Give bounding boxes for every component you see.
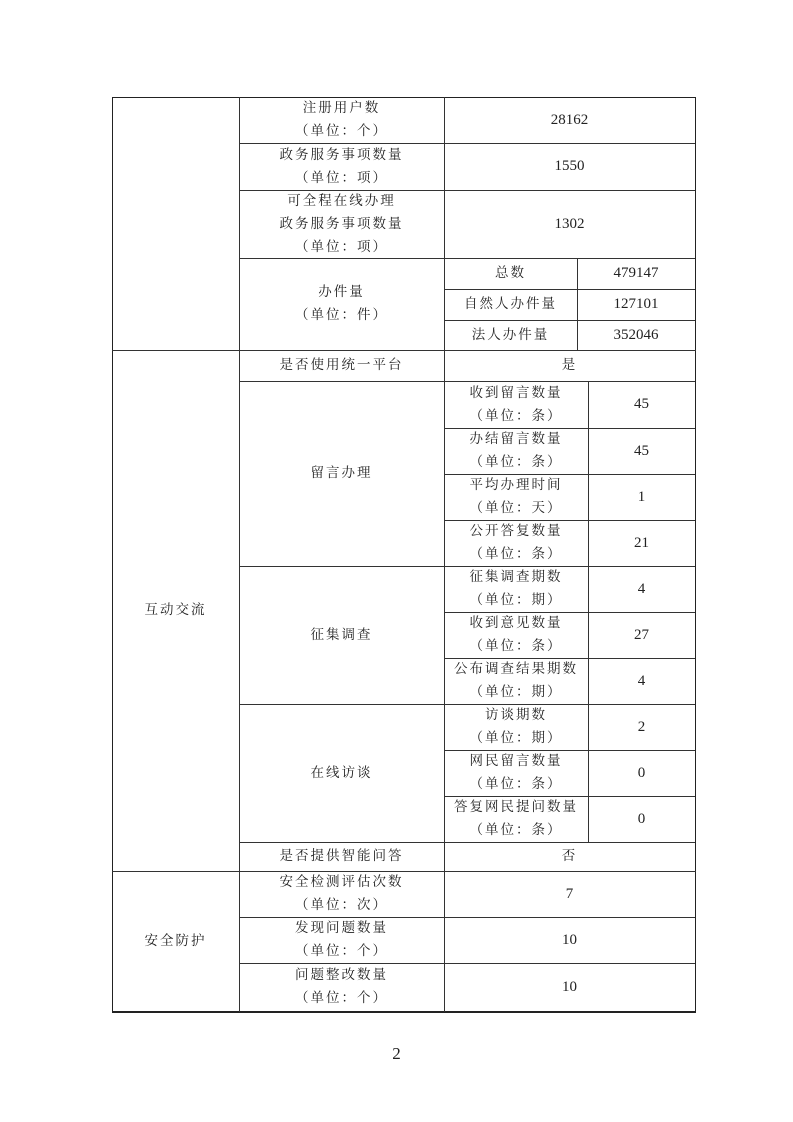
label-line: 政务服务事项数量: [280, 213, 404, 236]
label-line: 网民留言数量: [470, 750, 563, 773]
label-unit: （单位：个）: [295, 940, 388, 963]
value-netizen-questions-answered: 0: [588, 796, 695, 842]
sublabel-public-replies: 公开答复数量 （单位：条）: [444, 520, 588, 566]
label-survey: 征集调查: [239, 566, 444, 704]
label-message-handling: 留言办理: [239, 381, 444, 566]
label-line: 政务服务事项数量: [280, 144, 404, 167]
label-unit: （单位：条）: [470, 819, 563, 842]
value-security-assessments: 7: [444, 871, 695, 917]
category-interaction: 互动交流: [112, 350, 239, 871]
row-divider: [444, 796, 695, 797]
row-divider: [239, 842, 695, 843]
label-unit: （单位：项）: [295, 236, 388, 259]
sublabel-opinions-received: 收到意见数量 （单位：条）: [444, 612, 588, 658]
section-divider: [112, 350, 696, 351]
category-security: 安全防护: [112, 871, 239, 1011]
value-natural-person: 127101: [577, 289, 695, 320]
label-service-items: 政务服务事项数量 （单位：项）: [239, 143, 444, 190]
value-public-replies: 21: [588, 520, 695, 566]
label-line: 办结留言数量: [470, 428, 563, 451]
label-registered-users: 注册用户数 （单位：个）: [239, 97, 444, 143]
divider-col3-top: [577, 258, 578, 350]
label-issues-fixed: 问题整改数量 （单位：个）: [239, 963, 444, 1011]
sublabel-messages-closed: 办结留言数量 （单位：条）: [444, 428, 588, 474]
row-divider: [239, 566, 695, 567]
label-unit: （单位：个）: [295, 120, 388, 143]
label-line: 办件量: [318, 281, 365, 304]
label-unit: （单位：项）: [295, 167, 388, 190]
label-smart-qa: 是否提供智能问答: [239, 842, 444, 871]
value-netizen-messages: 0: [588, 750, 695, 796]
value-total: 479147: [577, 258, 695, 289]
value-opinions-received: 27: [588, 612, 695, 658]
label-line: 可全程在线办理: [287, 190, 396, 213]
value-online-service-items: 1302: [444, 190, 695, 258]
label-line: 收到意见数量: [470, 612, 563, 635]
divider-col1: [239, 97, 240, 1012]
label-unit: （单位：个）: [295, 987, 388, 1010]
value-messages-received: 45: [588, 381, 695, 428]
value-survey-periods: 4: [588, 566, 695, 612]
value-avg-handling-time: 1: [588, 474, 695, 520]
sublabel-messages-received: 收到留言数量 （单位：条）: [444, 381, 588, 428]
sublabel-avg-handling-time: 平均办理时间 （单位：天）: [444, 474, 588, 520]
value-service-items: 1550: [444, 143, 695, 190]
row-divider: [444, 750, 695, 751]
label-line: 访谈期数: [485, 704, 547, 727]
value-issues-found: 10: [444, 917, 695, 963]
sublabel-survey-results-published: 公布调查结果期数 （单位：期）: [444, 658, 588, 704]
value-legal-person: 352046: [577, 320, 695, 350]
label-line: 答复网民提问数量: [454, 796, 578, 819]
row-divider: [239, 963, 695, 964]
section-divider: [112, 871, 696, 872]
label-unit: （单位：期）: [470, 727, 563, 750]
label-unit: （单位：天）: [470, 497, 563, 520]
row-divider: [239, 143, 695, 144]
row-divider: [239, 917, 695, 918]
row-divider: [444, 428, 695, 429]
table-border-top: [112, 97, 696, 98]
label-line: 安全检测评估次数: [280, 871, 404, 894]
page-number: 2: [0, 1044, 793, 1064]
sublabel-netizen-messages: 网民留言数量 （单位：条）: [444, 750, 588, 796]
label-unit: （单位：次）: [295, 894, 388, 917]
sublabel-interview-periods: 访谈期数 （单位：期）: [444, 704, 588, 750]
row-divider: [444, 658, 695, 659]
row-divider: [444, 289, 695, 290]
label-line: 注册用户数: [303, 97, 381, 120]
label-line: 平均办理时间: [470, 474, 563, 497]
label-unit: （单位：期）: [470, 681, 563, 704]
label-line: 公布调查结果期数: [454, 658, 578, 681]
value-unified-platform: 是: [444, 350, 695, 381]
label-unit: （单位：条）: [470, 451, 563, 474]
label-unit: （单位：条）: [470, 635, 563, 658]
row-divider: [239, 381, 695, 382]
label-unit: （单位：条）: [470, 405, 563, 428]
table-border-right: [695, 97, 696, 1012]
sublabel-legal-person: 法人办件量: [444, 320, 577, 350]
value-interview-periods: 2: [588, 704, 695, 750]
label-security-assessments: 安全检测评估次数 （单位：次）: [239, 871, 444, 917]
row-divider: [444, 612, 695, 613]
table-border-left: [112, 97, 113, 1012]
table-border-bottom: [112, 1011, 696, 1013]
row-divider: [444, 520, 695, 521]
value-registered-users: 28162: [444, 97, 695, 143]
label-line: 收到留言数量: [470, 382, 563, 405]
label-unit: （单位：条）: [470, 543, 563, 566]
row-divider: [239, 258, 695, 259]
label-line: 发现问题数量: [295, 917, 388, 940]
label-online-service-items: 可全程在线办理 政务服务事项数量 （单位：项）: [239, 190, 444, 258]
value-survey-results-published: 4: [588, 658, 695, 704]
value-smart-qa: 否: [444, 842, 695, 871]
label-unit: （单位：条）: [470, 773, 563, 796]
label-unified-platform: 是否使用统一平台: [239, 350, 444, 381]
label-case-volume: 办件量 （单位：件）: [239, 258, 444, 350]
label-unit: （单位：件）: [295, 304, 388, 327]
value-issues-fixed: 10: [444, 963, 695, 1011]
label-line: 征集调查期数: [470, 566, 563, 589]
row-divider: [239, 704, 695, 705]
label-online-interview: 在线访谈: [239, 704, 444, 842]
label-issues-found: 发现问题数量 （单位：个）: [239, 917, 444, 963]
category-cell-empty: [112, 97, 239, 350]
row-divider: [444, 474, 695, 475]
sublabel-survey-periods: 征集调查期数 （单位：期）: [444, 566, 588, 612]
sublabel-natural-person: 自然人办件量: [444, 289, 577, 320]
row-divider: [239, 190, 695, 191]
sublabel-netizen-questions-answered: 答复网民提问数量 （单位：条）: [444, 796, 588, 842]
value-messages-closed: 45: [588, 428, 695, 474]
label-line: 公开答复数量: [470, 520, 563, 543]
label-unit: （单位：期）: [470, 589, 563, 612]
row-divider: [444, 320, 695, 321]
sublabel-total: 总数: [444, 258, 577, 289]
divider-col2: [444, 97, 445, 1012]
label-line: 问题整改数量: [295, 964, 388, 987]
